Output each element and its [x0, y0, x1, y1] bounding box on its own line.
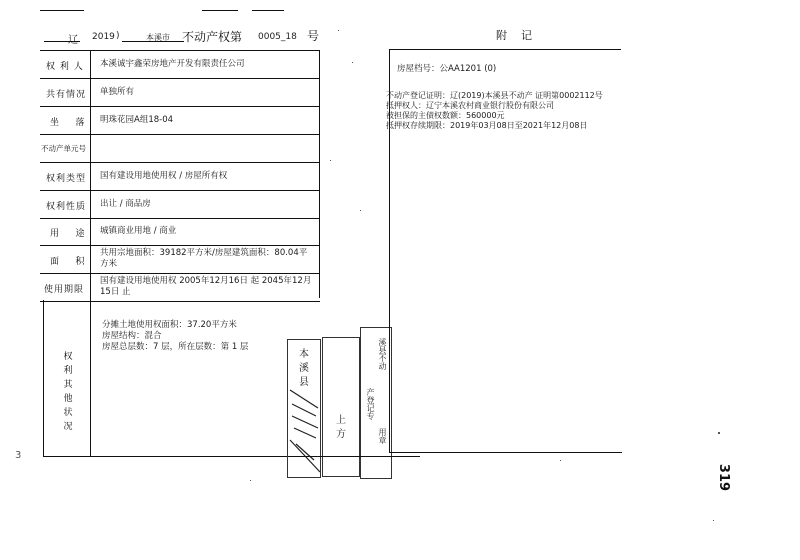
note-secured-amount: 被担保的主债权数额：560000元 [386, 111, 505, 121]
margin-mark: 3 [15, 450, 21, 461]
scan-noise [718, 432, 720, 434]
notes-panel: 附 记 房屋档号：公AA1201 (0) 不动产登记证明：辽(2019)本溪县不… [0, 0, 800, 560]
notes-top-border [389, 49, 621, 50]
notes-bottom-border [390, 452, 622, 453]
scan-noise [250, 480, 251, 481]
scan-noise [360, 210, 361, 211]
note-registration-certificate: 不动产登记证明：辽(2019)本溪县不动产 证明第0002112号 [386, 91, 603, 101]
note-mortgage-term: 抵押权存续期限：2019年03月08日至2021年12月08日 [386, 121, 587, 131]
notes-title: 附 记 [496, 27, 532, 43]
scan-noise [560, 460, 561, 461]
page-number: 319 [716, 464, 731, 491]
scan-noise [352, 62, 353, 63]
scan-noise [713, 520, 714, 521]
scan-noise [330, 160, 331, 161]
note-house-file-number: 房屋档号：公AA1201 (0) [397, 64, 496, 74]
note-mortgagee: 抵押权人：辽宁本溪农村商业银行股份有限公司 [386, 101, 554, 111]
scan-noise [338, 30, 339, 31]
